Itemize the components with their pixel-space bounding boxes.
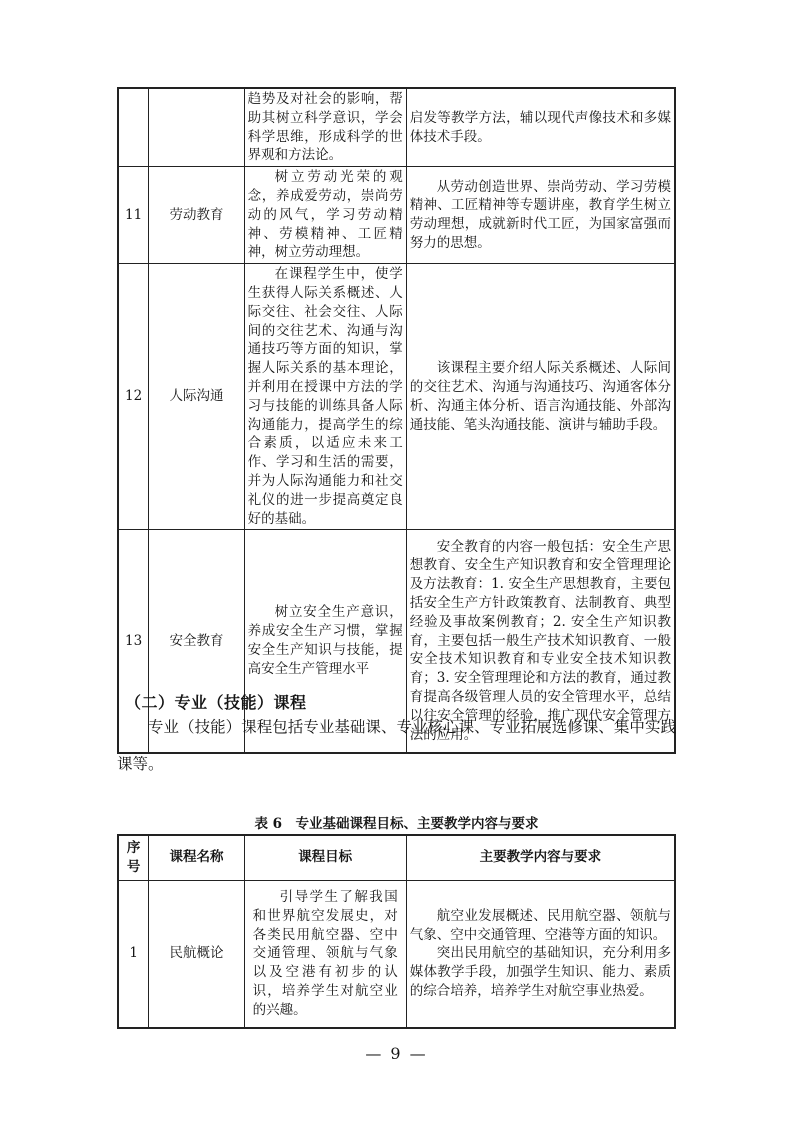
course-name-cell: 民航概论 <box>149 880 244 1028</box>
course-no-cell: 11 <box>118 167 149 264</box>
document-page: { "table1": { "rows": [ { "no": "", "nam… <box>0 0 793 1122</box>
header-course-name: 课程名称 <box>149 835 244 880</box>
page-number: — 9 — <box>117 1044 676 1063</box>
course-no-cell: 12 <box>118 264 149 530</box>
course-name-cell: 劳动教育 <box>149 167 244 264</box>
table-header-row: 序号 课程名称 课程目标 主要教学内容与要求 <box>118 835 675 880</box>
table-row: 趋势及对社会的影响，帮助其树立科学意识，学会科学思维，形成科学的世界观和方法论。… <box>118 88 675 167</box>
course-goal-cell: 树立劳动光荣的观念，养成爱劳动，崇尚劳动的风气，学习劳动精神、劳模精神、工匠精神… <box>244 167 406 264</box>
section-paragraph: 专业（技能）课程包括专业基础课、专业核心课、专业拓展选修课、集中实践课等。 <box>117 709 676 783</box>
course-goal-cell: 引导学生了解我国和世界航空发展史，对各类民用航空器、空中交通管理、领航与气象以及… <box>244 880 406 1028</box>
header-course-content: 主要教学内容与要求 <box>406 835 675 880</box>
table-row: 1 民航概论 引导学生了解我国和世界航空发展史，对各类民用航空器、空中交通管理、… <box>118 880 675 1028</box>
content-paragraph: 航空业发展概述、民用航空器、领航与气象、空中交通管理、空港等方面的知识。 <box>410 907 671 945</box>
course-goal-cell: 趋势及对社会的影响，帮助其树立科学意识，学会科学思维，形成科学的世界观和方法论。 <box>244 88 406 167</box>
course-content-cell: 该课程主要介绍人际关系概述、人际间的交往艺术、沟通与沟通技巧、沟通客体分析、沟通… <box>406 264 675 530</box>
basic-course-table: 序号 课程名称 课程目标 主要教学内容与要求 1 民航概论 引导学生了解我国和世… <box>117 834 676 1029</box>
course-no-cell <box>118 88 149 167</box>
course-content-cell: 航空业发展概述、民用航空器、领航与气象、空中交通管理、空港等方面的知识。 突出民… <box>406 880 675 1028</box>
course-table-continued: 趋势及对社会的影响，帮助其树立科学意识，学会科学思维，形成科学的世界观和方法论。… <box>117 87 676 754</box>
header-course-goal: 课程目标 <box>244 835 406 880</box>
table-row: 12 人际沟通 在课程学生中，使学生获得人际关系概述、人际交往、社会交往、人际间… <box>118 264 675 530</box>
course-name-cell: 人际沟通 <box>149 264 244 530</box>
table-row: 11 劳动教育 树立劳动光荣的观念，养成爱劳动，崇尚劳动的风气，学习劳动精神、劳… <box>118 167 675 264</box>
course-content-cell: 从劳动创造世界、崇尚劳动、学习劳模精神、工匠精神等专题讲座，教育学生树立劳动理想… <box>406 167 675 264</box>
course-content-cell: 启发等教学方法，辅以现代声像技术和多媒体技术手段。 <box>406 88 675 167</box>
table-caption: 表 6 专业基础课程目标、主要教学内容与要求 <box>117 812 676 832</box>
course-name-cell <box>149 88 244 167</box>
header-no: 序号 <box>118 835 149 880</box>
course-no-cell: 1 <box>118 880 149 1028</box>
content-paragraph: 突出民用航空的基础知识，充分利用多媒体教学手段，加强学生知识、能力、素质的综合培… <box>410 944 671 1000</box>
course-goal-cell: 在课程学生中，使学生获得人际关系概述、人际交往、社会交往、人际间的交往艺术、沟通… <box>244 264 406 530</box>
